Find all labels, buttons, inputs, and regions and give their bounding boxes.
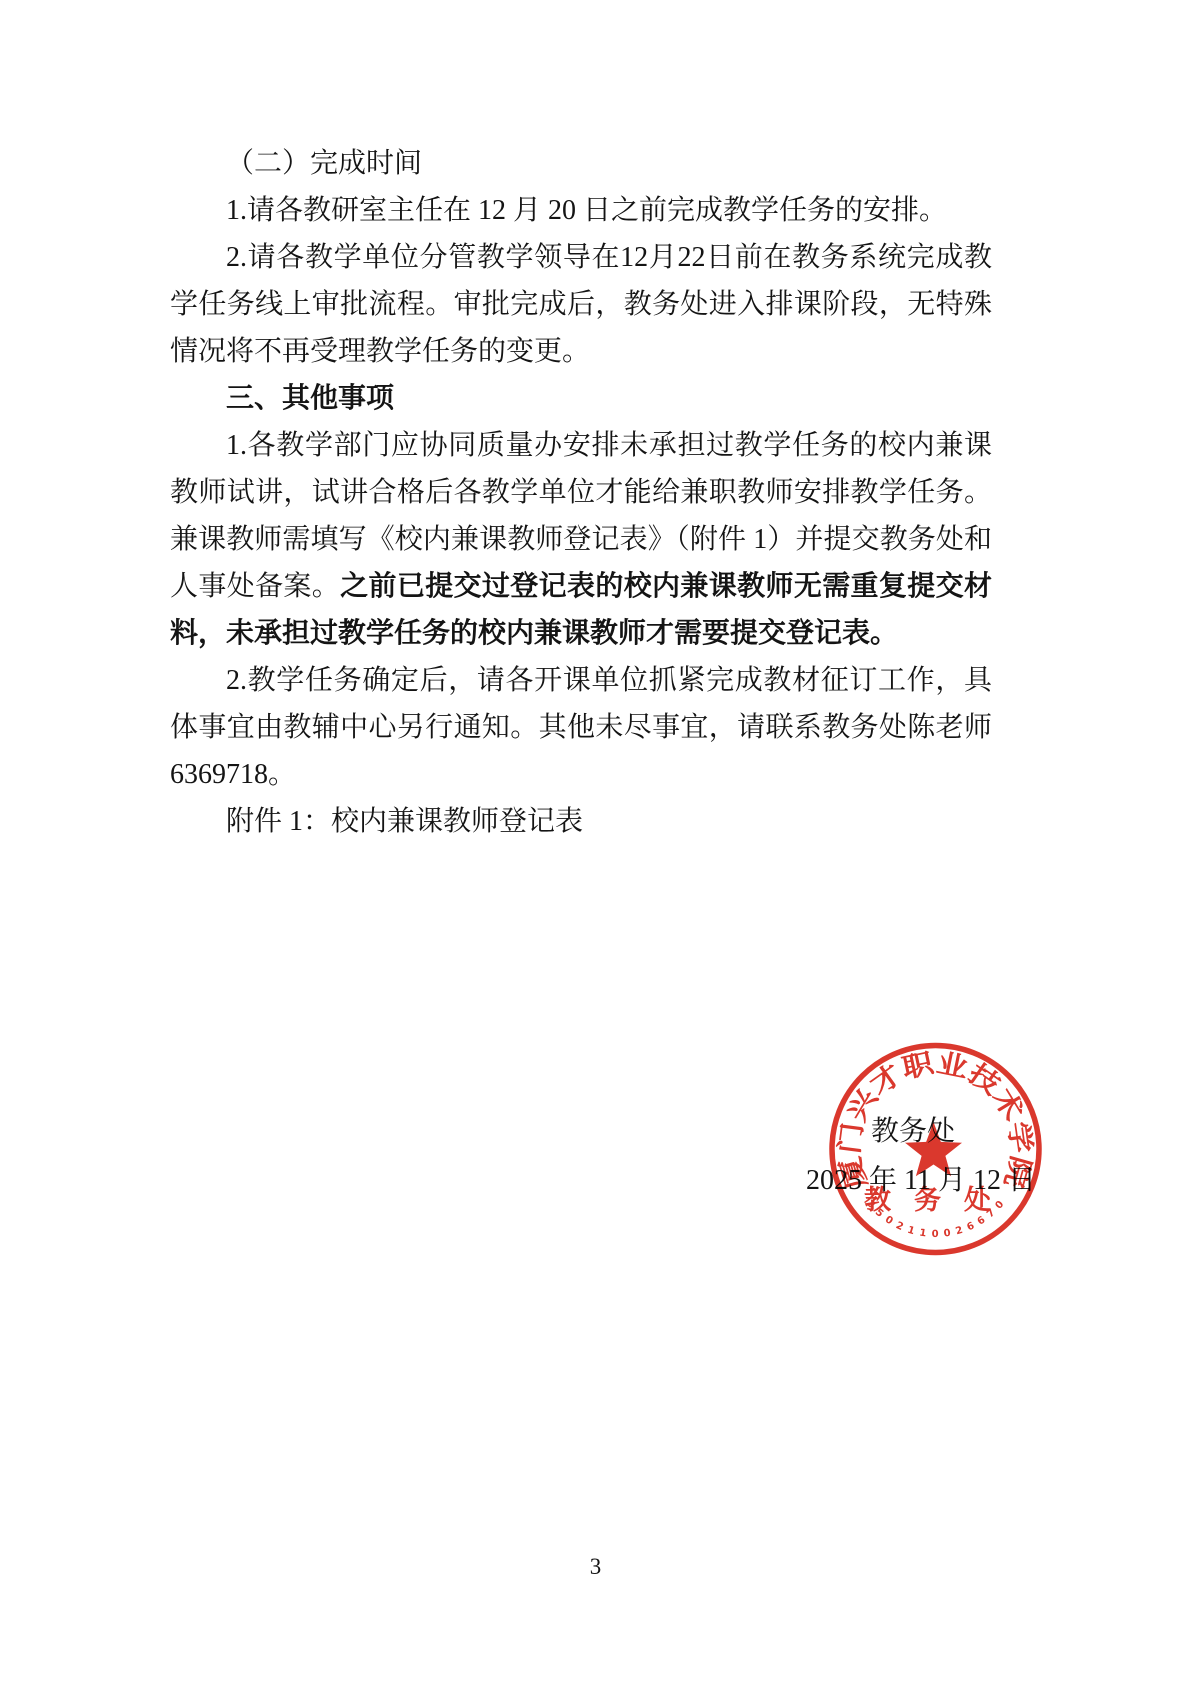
document-body: （二）完成时间1.请各教研室主任在 12 月 20 日之前完成教学任务的安排。2… [170, 140, 992, 845]
seal-star-icon [905, 1122, 962, 1176]
official-seal-stamp: 厦门兴才职业技术学院 教务处 3502110026670 [826, 1040, 1046, 1260]
paragraph-text-segment: 2.教学任务确定后，请各开课单位抓紧完成教材征订工作，具体事宜由教辅中心另行通知… [170, 665, 992, 790]
section-heading-completion-time: （二）完成时间 [170, 140, 992, 187]
seal-organization-arc-text: 厦门兴才职业技术学院 [833, 1048, 1036, 1192]
paragraph-other-2: 2.教学任务确定后，请各开课单位抓紧完成教材征订工作，具体事宜由教辅中心另行通知… [170, 657, 992, 798]
paragraph-item-1: 1.请各教研室主任在 12 月 20 日之前完成教学任务的安排。 [170, 187, 992, 234]
page-footer: 3 [0, 1552, 1191, 1582]
section-heading-other-matters: 三、其他事项 [170, 375, 992, 422]
document-page: （二）完成时间1.请各教研室主任在 12 月 20 日之前完成教学任务的安排。2… [0, 0, 1191, 1684]
paragraph-text-segment: 三、其他事项 [226, 383, 394, 414]
paragraph-text-segment: 1.请各教研室主任在 12 月 20 日之前完成教学任务的安排。 [226, 195, 947, 226]
paragraph-text-segment: （二）完成时间 [226, 148, 422, 179]
paragraph-text-segment: 2.请各教学单位分管教学领导在12月22日前在教务系统完成教学任务线上审批流程。… [170, 242, 992, 367]
paragraph-text-segment: 附件 1：校内兼课教师登记表 [226, 806, 583, 837]
page-number: 3 [590, 1554, 602, 1579]
paragraph-attachment: 附件 1：校内兼课教师登记表 [170, 798, 992, 845]
paragraph-item-2: 2.请各教学单位分管教学领导在12月22日前在教务系统完成教学任务线上审批流程。… [170, 234, 992, 375]
paragraph-other-1: 1.各教学部门应协同质量办安排未承担过教学任务的校内兼课教师试讲，试讲合格后各教… [170, 422, 992, 657]
